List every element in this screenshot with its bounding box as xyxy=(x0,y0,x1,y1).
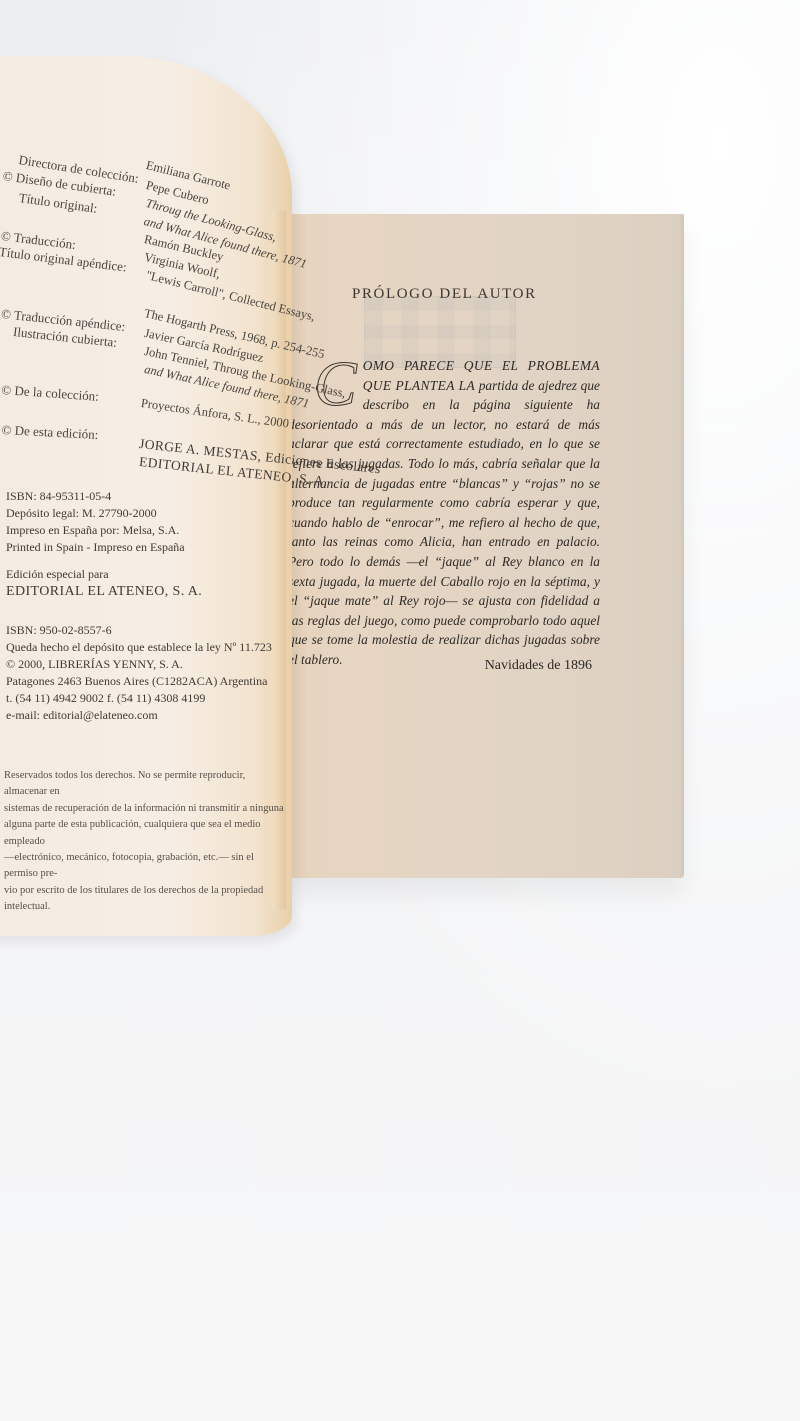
isbn-spain: ISBN: 84-95311-05-4 xyxy=(6,488,185,505)
rights-line: sistemas de recuperación de la informaci… xyxy=(4,801,290,817)
credit-row: © De esta edición: xyxy=(1,422,99,443)
deposit-note: Queda hecho el depósito que establece la… xyxy=(6,639,272,656)
prologue-signature: Navidades de 1896 xyxy=(485,658,592,674)
copyright-credits: Directora de colección: Emiliana Garrote… xyxy=(0,0,300,900)
copyright-icon: © xyxy=(1,382,12,398)
rights-line: Reservados todos los derechos. No se per… xyxy=(4,768,290,801)
credit-row: © De la colección: xyxy=(1,382,99,405)
rights-line: alguna parte de esta publicación, cualqu… xyxy=(4,817,290,850)
prologue-title: PRÓLOGO DEL AUTOR xyxy=(352,286,537,303)
legal-deposit: Depósito legal: M. 27790-2000 xyxy=(6,505,185,522)
address: Patagones 2463 Buenos Aires (C1282ACA) A… xyxy=(6,673,272,690)
credit-label: De la colección: xyxy=(14,383,99,404)
special-edition: Edición especial para EDITORIAL EL ATENE… xyxy=(6,566,202,600)
prologue-body: COMO PARECE QUE EL PROBLEMA QUE PLANTEA … xyxy=(288,356,600,670)
phone-fax: t. (54 11) 4942 9002 f. (54 11) 4308 419… xyxy=(6,690,272,707)
right-page: PRÓLOGO DEL AUTOR COMO PARECE QUE EL PRO… xyxy=(284,214,684,878)
print-info: ISBN: 84-95311-05-4 Depósito legal: M. 2… xyxy=(6,488,185,556)
copyright-icon: © xyxy=(0,228,12,244)
credit-label: De esta edición: xyxy=(14,423,98,442)
special-edition-label: Edición especial para xyxy=(6,566,202,583)
argentina-info: ISBN: 950-02-8557-6 Queda hecho el depós… xyxy=(6,622,272,724)
prologue-text: partida de ajedrez que describo en la pá… xyxy=(288,378,600,667)
email: e-mail: editorial@elateneo.com xyxy=(6,707,272,724)
copyright-line: © 2000, LIBRERÍAS YENNY, S. A. xyxy=(6,656,272,673)
rights-line: vio por escrito de los titulares de los … xyxy=(4,883,290,916)
printed-in: Printed in Spain - Impreso en España xyxy=(6,539,185,556)
copyright-icon: © xyxy=(2,168,14,184)
special-edition-publisher: EDITORIAL EL ATENEO, S. A. xyxy=(6,583,202,600)
copyright-icon: © xyxy=(0,306,11,322)
rights-reserved-notice: Reservados todos los derechos. No se per… xyxy=(4,768,290,916)
isbn-argentina: ISBN: 950-02-8557-6 xyxy=(6,622,272,639)
rights-line: —electrónico, mecánico, fotocopia, graba… xyxy=(4,850,290,883)
copyright-icon: © xyxy=(1,422,12,437)
printer: Impreso en España por: Melsa, S.A. xyxy=(6,522,185,539)
